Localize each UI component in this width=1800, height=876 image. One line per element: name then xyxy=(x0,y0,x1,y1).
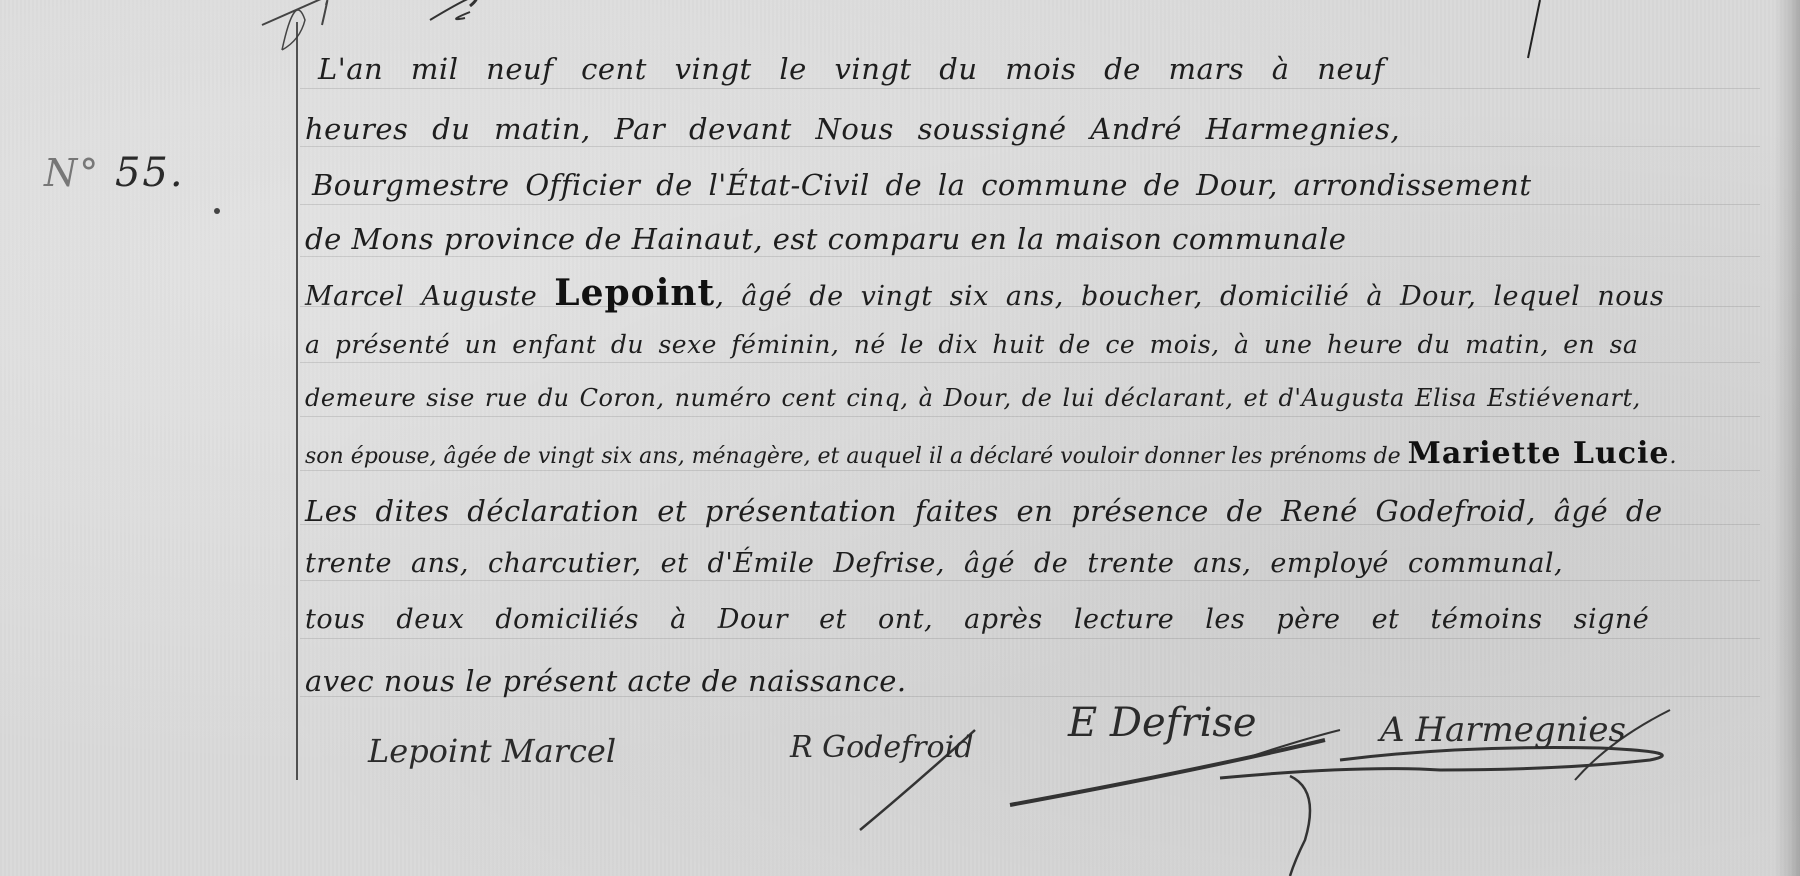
ruled-line xyxy=(300,88,1760,89)
line-end-period: . xyxy=(1670,444,1677,469)
record-line-10: trente ans, charcutier, et d'Émile Defri… xyxy=(305,548,1563,579)
record-line-1: L'an mil neuf cent vingt le vingt du moi… xyxy=(318,52,1385,86)
act-number: N° 55. xyxy=(44,150,185,196)
child-given-names: Mariette Lucie xyxy=(1408,436,1670,471)
ruled-line xyxy=(300,146,1760,147)
record-line-12: avec nous le présent acte de naissance. xyxy=(305,664,907,698)
signature-registrar: A Harmegnies xyxy=(1380,710,1626,750)
act-number-label: N° xyxy=(44,151,100,195)
record-line-4: de Mons province de Hainaut, est comparu… xyxy=(305,222,1346,256)
margin-rule xyxy=(296,22,298,780)
declarant-given-names: Marcel Auguste xyxy=(305,281,554,312)
ink-dot xyxy=(214,208,220,214)
record-line-9: Les dites déclaration et présentation fa… xyxy=(305,494,1663,528)
declarant-details: , âgé de vingt six ans, boucher, domicil… xyxy=(715,281,1664,312)
signature-witness-defrise: E Defrise xyxy=(1068,700,1257,746)
mother-and-declaration: son épouse, âgée de vingt six ans, ménag… xyxy=(305,444,1408,469)
record-line-11: tous deux domiciliés à Dour et ont, aprè… xyxy=(305,604,1649,635)
declarant-surname: Lepoint xyxy=(554,272,715,314)
ruled-line xyxy=(300,638,1760,639)
signature-witness-godefroid: R Godefroid xyxy=(790,730,973,765)
ruled-line xyxy=(300,362,1760,363)
ruled-line xyxy=(300,416,1760,417)
signature-father: Lepoint Marcel xyxy=(368,732,616,770)
ruled-line xyxy=(300,580,1760,581)
act-number-value: 55. xyxy=(115,150,185,196)
record-line-3: Bourgmestre Officier de l'État-Civil de … xyxy=(312,168,1531,202)
record-line-6: a présenté un enfant du sexe féminin, né… xyxy=(305,330,1638,359)
record-line-8: son épouse, âgée de vingt six ans, ménag… xyxy=(305,436,1677,471)
ruled-line xyxy=(300,256,1760,257)
record-line-5: Marcel Auguste Lepoint, âgé de vingt six… xyxy=(305,272,1664,314)
page-edge-shadow xyxy=(1774,0,1800,876)
ruled-line xyxy=(300,204,1760,205)
record-line-7: demeure sise rue du Coron, numéro cent c… xyxy=(305,384,1641,412)
record-line-2: heures du matin, Par devant Nous soussig… xyxy=(305,112,1400,146)
